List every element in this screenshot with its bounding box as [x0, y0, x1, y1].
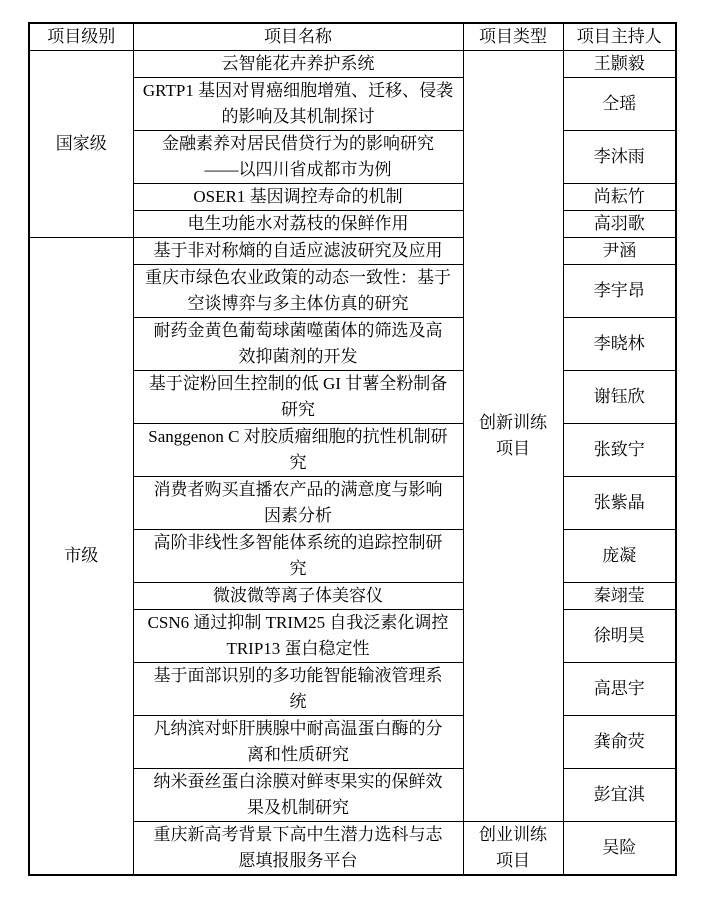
leader-cell: 王颢毅	[563, 51, 676, 78]
leader-cell: 秦翊莹	[563, 583, 676, 610]
project-name-cell: 耐药金黄色葡萄球菌噬菌体的筛选及高 效抑菌剂的开发	[133, 318, 463, 371]
header-row: 项目级别 项目名称 项目类型 项目主持人	[29, 23, 676, 51]
leader-cell: 庞凝	[563, 530, 676, 583]
leader-cell: 张紫晶	[563, 477, 676, 530]
table-row: 国家级 云智能花卉养护系统 创新训练 项目 王颢毅	[29, 51, 676, 78]
column-header-leader: 项目主持人	[563, 23, 676, 51]
column-header-level: 项目级别	[29, 23, 133, 51]
level-cell-national: 国家级	[29, 51, 133, 238]
project-name-cell: 基于淀粉回生控制的低 GI 甘薯全粉制备 研究	[133, 371, 463, 424]
project-name-cell: GRTP1 基因对胃癌细胞增殖、迁移、侵袭 的影响及其机制探讨	[133, 78, 463, 131]
column-header-name: 项目名称	[133, 23, 463, 51]
leader-cell: 彭宜淇	[563, 769, 676, 822]
leader-cell: 高思宇	[563, 663, 676, 716]
project-name-cell: 重庆市绿色农业政策的动态一致性：基于 空谈博弈与多主体仿真的研究	[133, 265, 463, 318]
level-cell-municipal: 市级	[29, 238, 133, 876]
leader-cell: 尚耘竹	[563, 184, 676, 211]
leader-cell: 李晓林	[563, 318, 676, 371]
project-name-cell: 基于面部识别的多功能智能输液管理系 统	[133, 663, 463, 716]
type-cell-entrepreneurship: 创业训练 项目	[463, 822, 563, 876]
leader-cell: 李宇昂	[563, 265, 676, 318]
project-name-cell: 基于非对称熵的自适应滤波研究及应用	[133, 238, 463, 265]
leader-cell: 仝瑶	[563, 78, 676, 131]
project-name-cell: CSN6 通过抑制 TRIM25 自我泛素化调控 TRIP13 蛋白稳定性	[133, 610, 463, 663]
project-name-cell: 云智能花卉养护系统	[133, 51, 463, 78]
leader-cell: 吴险	[563, 822, 676, 876]
document-page: { "page": { "background": "#ffffff", "bo…	[0, 0, 705, 898]
project-name-cell: 消费者购买直播农产品的满意度与影响 因素分析	[133, 477, 463, 530]
project-name-cell: 电生功能水对荔枝的保鲜作用	[133, 211, 463, 238]
project-name-cell: 纳米蚕丝蛋白涂膜对鲜枣果实的保鲜效 果及机制研究	[133, 769, 463, 822]
projects-table: 项目级别 项目名称 项目类型 项目主持人 国家级 云智能花卉养护系统 创新训练 …	[28, 22, 677, 876]
project-name-cell: 高阶非线性多智能体系统的追踪控制研 究	[133, 530, 463, 583]
leader-cell: 张致宁	[563, 424, 676, 477]
leader-cell: 尹涵	[563, 238, 676, 265]
leader-cell: 徐明昊	[563, 610, 676, 663]
project-name-cell: 重庆新高考背景下高中生潜力选科与志 愿填报服务平台	[133, 822, 463, 876]
leader-cell: 高羽歌	[563, 211, 676, 238]
project-name-cell: 微波微等离子体美容仪	[133, 583, 463, 610]
leader-cell: 谢钰欣	[563, 371, 676, 424]
column-header-type: 项目类型	[463, 23, 563, 51]
project-name-cell: 金融素养对居民借贷行为的影响研究 ——以四川省成都市为例	[133, 131, 463, 184]
leader-cell: 李沐雨	[563, 131, 676, 184]
project-name-cell: OSER1 基因调控寿命的机制	[133, 184, 463, 211]
project-name-cell: Sanggenon C 对胶质瘤细胞的抗性机制研 究	[133, 424, 463, 477]
project-name-cell: 凡纳滨对虾肝胰腺中耐高温蛋白酶的分 离和性质研究	[133, 716, 463, 769]
table-row: 市级 基于非对称熵的自适应滤波研究及应用 尹涵	[29, 238, 676, 265]
type-cell-innovation: 创新训练 项目	[463, 51, 563, 822]
leader-cell: 龚俞荧	[563, 716, 676, 769]
